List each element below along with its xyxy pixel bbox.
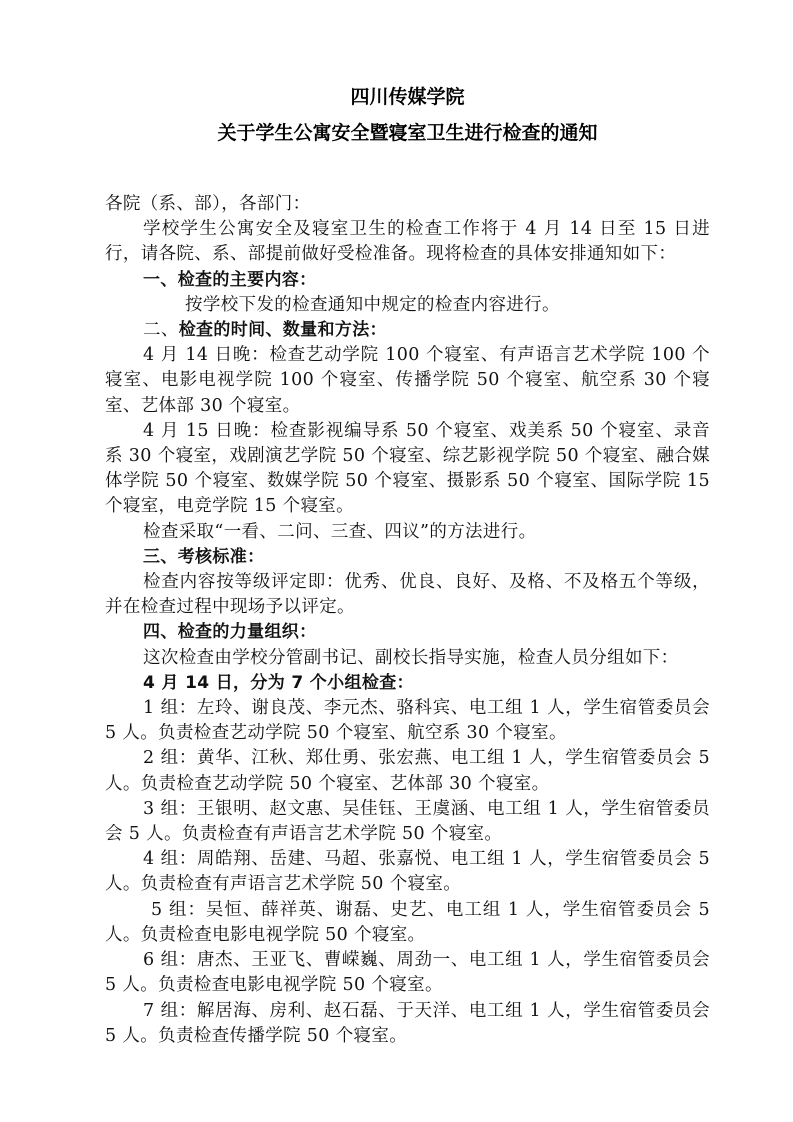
group-4: 4 组：周皓翔、岳建、马超、张嘉悦、电工组 1 人，学生宿管委员会 5 人。负责…	[105, 847, 710, 897]
section-2-paragraph-1: 4 月 14 日晚：检查艺动学院 100 个寝室、有声语言艺术学院 100 个寝…	[105, 343, 710, 419]
document-title: 四川传媒学院	[105, 82, 710, 112]
group-6: 6 组：唐杰、王亚飞、曹嵘巍、周劲一、电工组 1 人，学生宿管委员会 5 人。负…	[105, 948, 710, 998]
title-spacer	[105, 148, 710, 192]
section-1-paragraph: 按学校下发的检查通知中规定的检查内容进行。	[105, 293, 710, 318]
section-4-paragraph: 这次检查由学校分管副书记、副校长指导实施，检查人员分组如下：	[105, 646, 710, 671]
section-4-heading: 四、检查的力量组织：	[105, 620, 710, 645]
document-subtitle: 关于学生公寓安全暨寝室卫生进行检查的通知	[105, 118, 710, 148]
section-2-paragraph-3: 检查采取“一看、二问、三查、四议”的方法进行。	[105, 520, 710, 545]
group-2: 2 组：黄华、江秋、郑仕勇、张宏燕、电工组 1 人，学生宿管委员会 5 人。负责…	[105, 746, 710, 796]
section-3-paragraph: 检查内容按等级评定即：优秀、优良、良好、及格、不及格五个等级，并在检查过程中现场…	[105, 570, 710, 620]
section-2-heading: 二、检查的时间、数量和方法：	[105, 318, 710, 343]
section-1-heading: 一、检查的主要内容：	[105, 268, 710, 293]
subheading-text: 4 月 14 日，分为 7 个小组检查：	[143, 673, 414, 693]
document-page: 四川传媒学院 关于学生公寓安全暨寝室卫生进行检查的通知 各院（系、部），各部门：…	[105, 82, 710, 1049]
section-heading-prefix: 二、	[143, 320, 179, 340]
group-3: 3 组：王银明、赵文惠、吴佳钰、王虞涵、电工组 1 人，学生宿管委员会 5 人。…	[105, 797, 710, 847]
section-heading-text: 三、考核标准：	[143, 547, 264, 567]
section-heading-text: 检查的时间、数量和方法：	[179, 320, 387, 340]
section-heading-text: 四、检查的力量组织：	[143, 622, 317, 642]
section-2-paragraph-2: 4 月 15 日晚：检查影视编导系 50 个寝室、戏美系 50 个寝室、录音系 …	[105, 419, 710, 520]
salutation: 各院（系、部），各部门：	[105, 192, 710, 217]
group-1: 1 组：左玲、谢良茂、李元杰、骆科宾、电工组 1 人，学生宿管委员会 5 人。负…	[105, 696, 710, 746]
section-3-heading: 三、考核标准：	[105, 545, 710, 570]
group-7: 7 组：解居海、房利、赵石磊、于天洋、电工组 1 人，学生宿管委员会 5 人。负…	[105, 999, 710, 1049]
section-4-subheading: 4 月 14 日，分为 7 个小组检查：	[105, 671, 710, 696]
section-heading-text: 一、检查的主要内容：	[143, 270, 317, 290]
group-5: 5 组：吴恒、薛祥英、谢磊、史艺、电工组 1 人，学生宿管委员会 5 人。负责检…	[105, 898, 710, 948]
intro-paragraph: 学校学生公寓安全及寝室卫生的检查工作将于 4 月 14 日至 15 日进行，请各…	[105, 217, 710, 267]
